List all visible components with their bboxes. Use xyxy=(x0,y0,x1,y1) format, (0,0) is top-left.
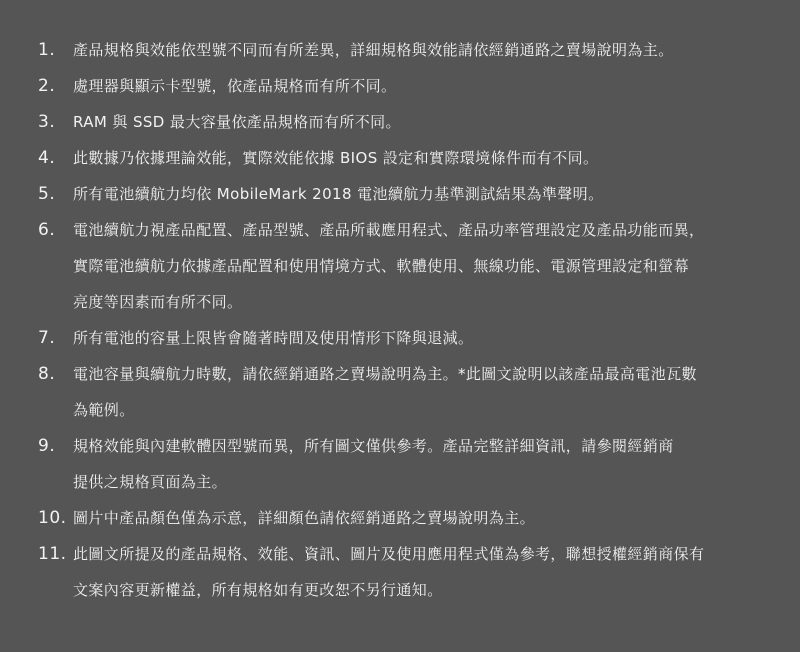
note-text: 處理器與顯示卡型號，依產品規格而有所不同。 xyxy=(73,68,396,104)
note-item-2: 2. 處理器與顯示卡型號，依產品規格而有所不同。 xyxy=(0,68,800,104)
note-item-9: 9. 規格效能與內建軟體因型號而異，所有圖文僅供參考。產品完整詳細資訊，請參閱經… xyxy=(0,428,800,500)
note-text: 此數據乃依據理論效能，實際效能依據 BIOS 設定和實際環境條件而有不同。 xyxy=(73,140,598,176)
note-item-1: 1. 產品規格與效能依型號不同而有所差異，詳細規格與效能請依經銷通路之賣場說明為… xyxy=(0,32,800,68)
note-text-continuation: 為範例。 xyxy=(73,392,135,428)
note-number: 8. xyxy=(38,356,55,392)
note-number: 7. xyxy=(38,320,55,356)
note-text: RAM 與 SSD 最大容量依產品規格而有所不同。 xyxy=(73,104,401,140)
note-number: 6. xyxy=(38,212,55,248)
note-item-11: 11. 此圖文所提及的產品規格、效能、資訊、圖片及使用應用程式僅為參考，聯想授權… xyxy=(0,536,800,608)
note-text: 所有電池的容量上限皆會隨著時間及使用情形下降與退減。 xyxy=(73,320,473,356)
note-text: 所有電池續航力均依 MobileMark 2018 電池續航力基準測試結果為準聲… xyxy=(73,176,603,212)
note-number: 11. xyxy=(38,536,67,572)
note-text: 此圖文所提及的產品規格、效能、資訊、圖片及使用應用程式僅為參考，聯想授權經銷商保… xyxy=(73,536,704,572)
note-item-10: 10. 圖片中產品顏色僅為示意，詳細顏色請依經銷通路之賣場說明為主。 xyxy=(0,500,800,536)
note-item-8: 8. 電池容量與續航力時數，請依經銷通路之賣場說明為主。*此圖文說明以該產品最高… xyxy=(0,356,800,428)
note-text: 產品規格與效能依型號不同而有所差異，詳細規格與效能請依經銷通路之賣場說明為主。 xyxy=(73,32,674,68)
note-number: 3. xyxy=(38,104,55,140)
note-text: 規格效能與內建軟體因型號而異，所有圖文僅供參考。產品完整詳細資訊，請參閱經銷商 xyxy=(73,428,674,464)
note-text-continuation: 文案內容更新權益，所有規格如有更改恕不另行通知。 xyxy=(73,572,443,608)
note-number: 4. xyxy=(38,140,55,176)
note-item-7: 7. 所有電池的容量上限皆會隨著時間及使用情形下降與退減。 xyxy=(0,320,800,356)
note-number: 10. xyxy=(38,500,67,536)
note-number: 9. xyxy=(38,428,55,464)
note-item-3: 3. RAM 與 SSD 最大容量依產品規格而有所不同。 xyxy=(0,104,800,140)
note-item-6: 6. 電池續航力視產品配置、產品型號、產品所載應用程式、產品功率管理設定及產品功… xyxy=(0,212,800,320)
note-text: 電池容量與續航力時數，請依經銷通路之賣場說明為主。*此圖文說明以該產品最高電池瓦… xyxy=(73,356,697,392)
note-number: 5. xyxy=(38,176,55,212)
note-number: 1. xyxy=(38,32,55,68)
note-text-continuation: 提供之規格頁面為主。 xyxy=(73,464,227,500)
note-text-continuation: 亮度等因素而有所不同。 xyxy=(73,284,242,320)
note-text: 圖片中產品顏色僅為示意，詳細顏色請依經銷通路之賣場說明為主。 xyxy=(73,500,535,536)
note-text: 電池續航力視產品配置、產品型號、產品所載應用程式、產品功率管理設定及產品功能而異… xyxy=(73,212,704,248)
note-number: 2. xyxy=(38,68,55,104)
note-text-continuation: 實際電池續航力依據產品配置和使用情境方式、軟體使用、無線功能、電源管理設定和螢幕 xyxy=(73,248,689,284)
note-item-5: 5. 所有電池續航力均依 MobileMark 2018 電池續航力基準測試結果… xyxy=(0,176,800,212)
note-item-4: 4. 此數據乃依據理論效能，實際效能依據 BIOS 設定和實際環境條件而有不同。 xyxy=(0,140,800,176)
disclaimer-notes-list: 1. 產品規格與效能依型號不同而有所差異，詳細規格與效能請依經銷通路之賣場說明為… xyxy=(0,32,800,608)
